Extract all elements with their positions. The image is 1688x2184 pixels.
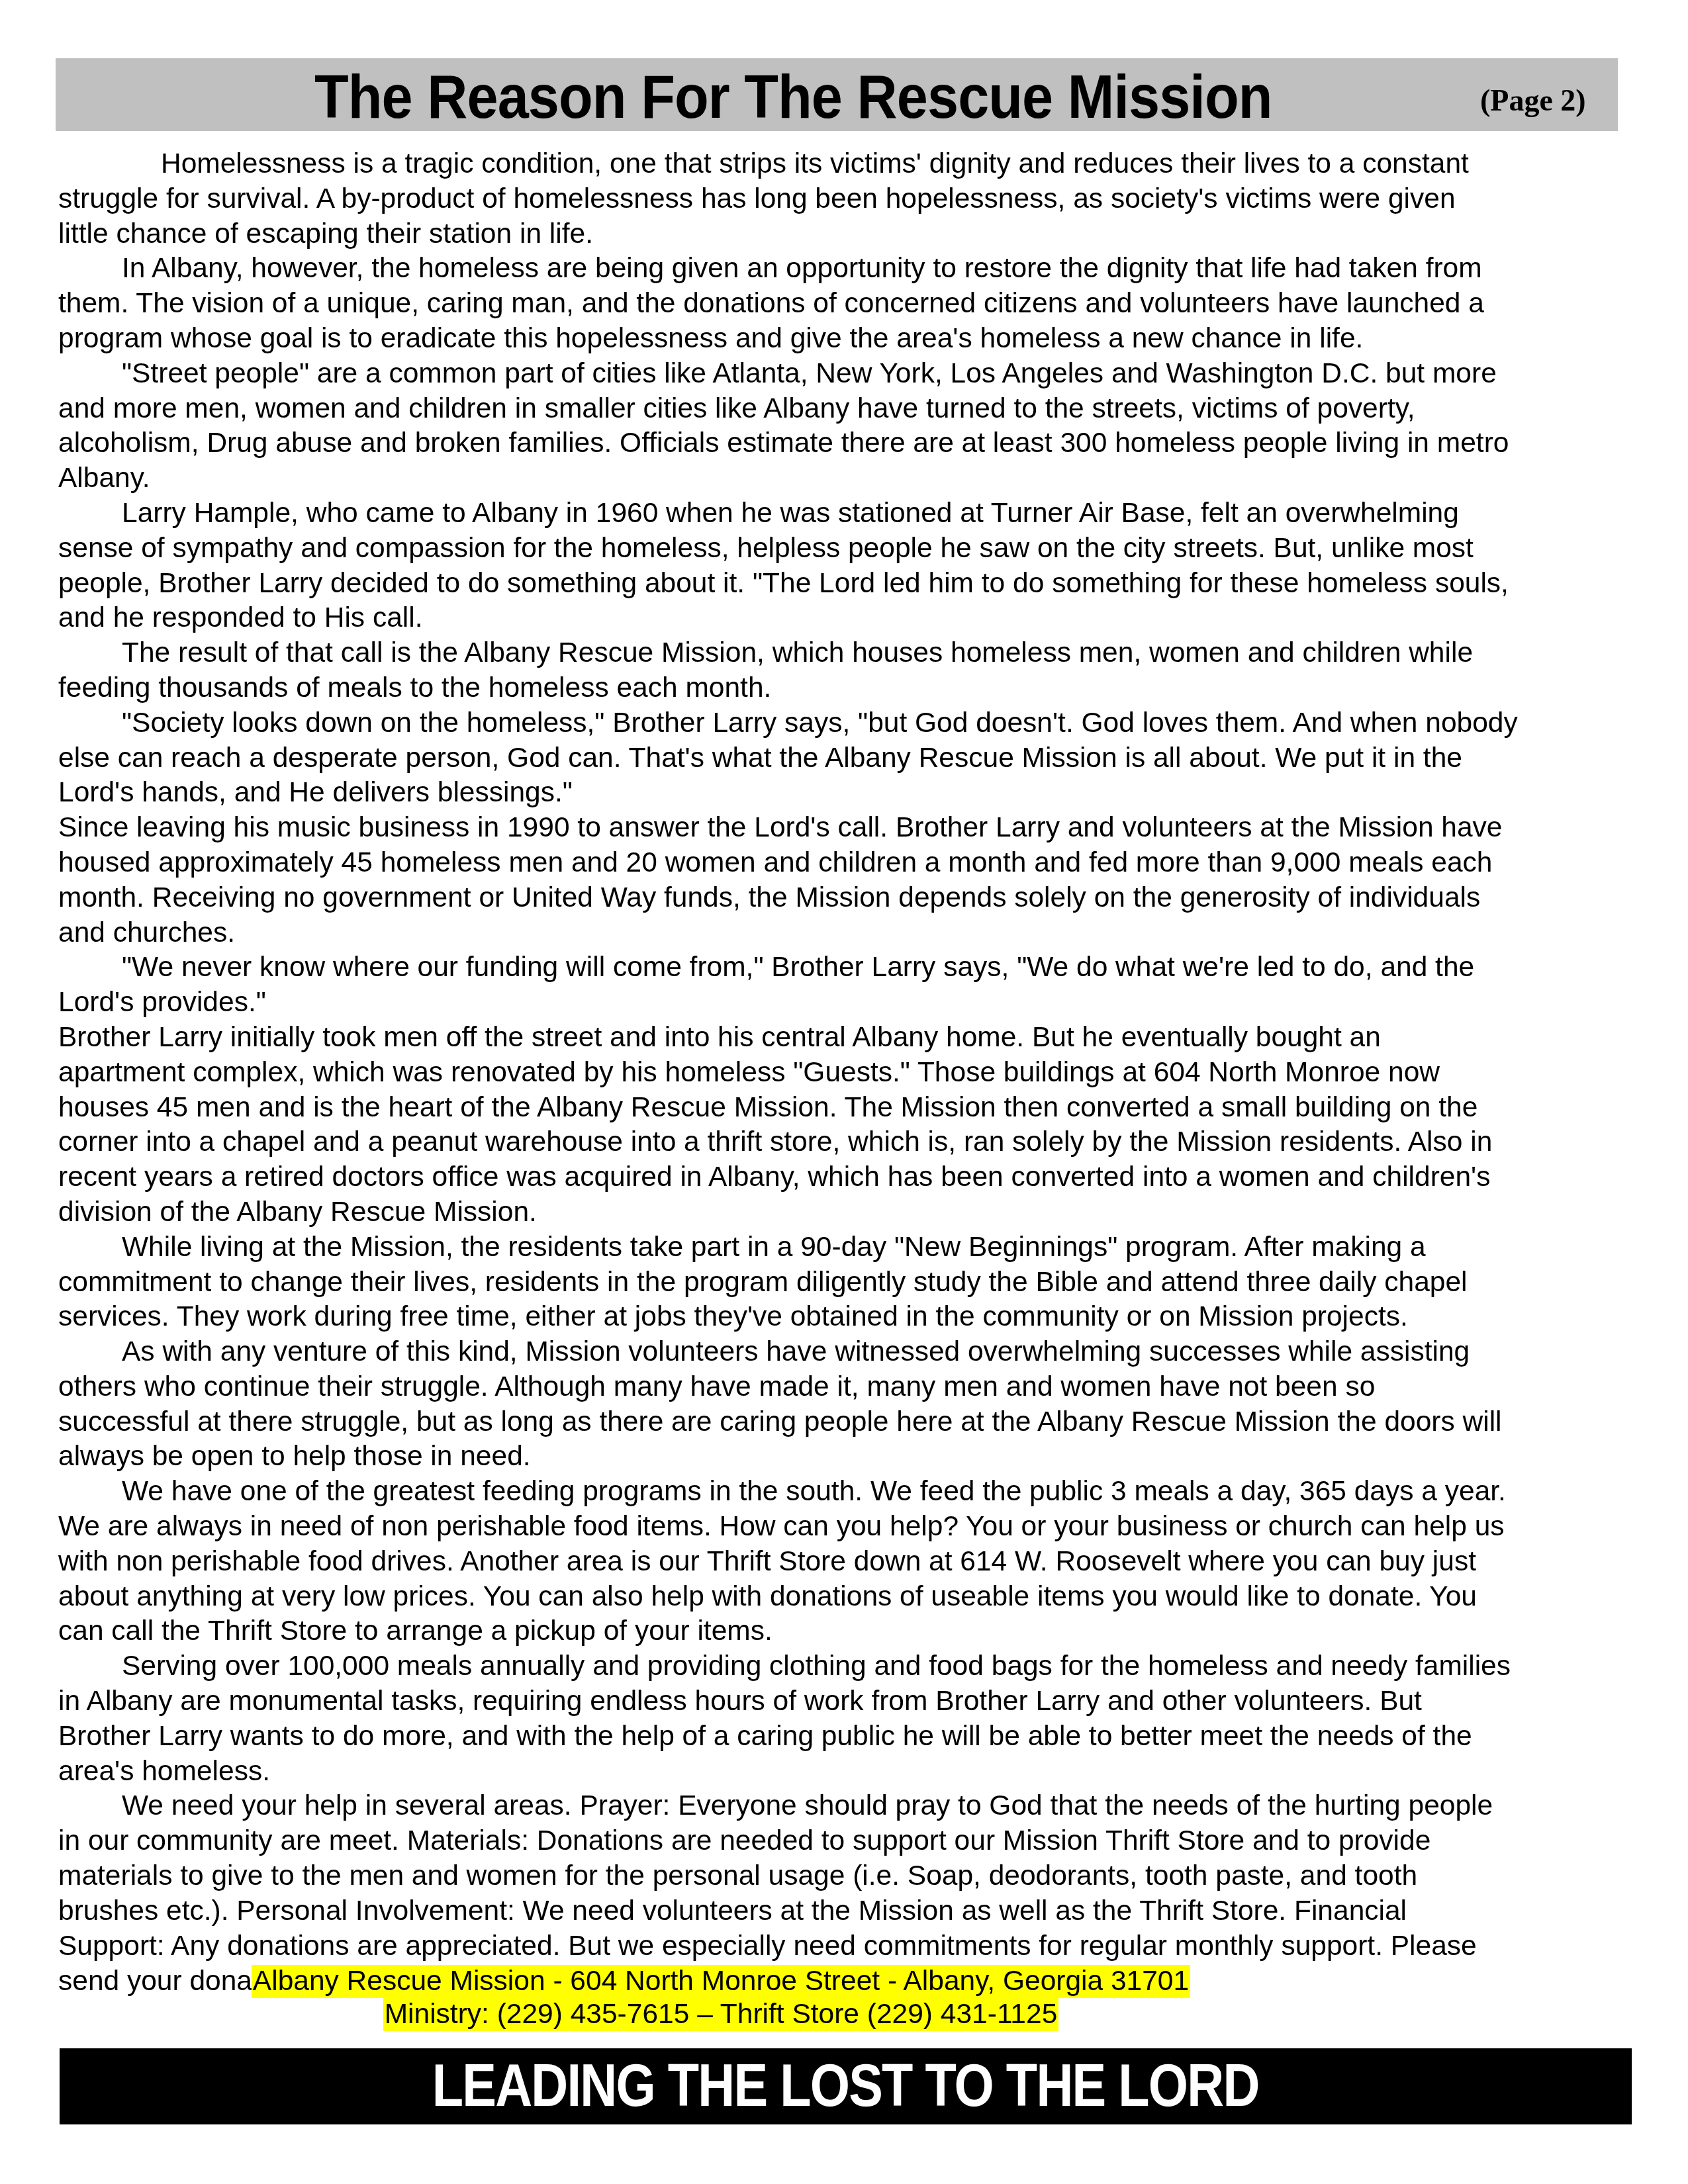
paragraph-line: sense of sympathy and compassion for the…: [58, 531, 1620, 567]
paragraph-line: and churches.: [58, 916, 1620, 951]
paragraph-line: We need your help in several areas. Pray…: [58, 1789, 1620, 1824]
paragraph-line: feeding thousands of meals to the homele…: [58, 671, 1620, 706]
paragraph-line: division of the Albany Rescue Mission.: [58, 1195, 1620, 1230]
paragraph-line: Support: Any donations are appreciated. …: [58, 1929, 1620, 1964]
paragraph-line: alcoholism, Drug abuse and broken famili…: [58, 426, 1620, 461]
paragraph-line: Serving over 100,000 meals annually and …: [58, 1649, 1620, 1684]
paragraph-line: Homelessness is a tragic condition, one …: [58, 147, 1620, 182]
paragraph-line: and more men, women and children in smal…: [58, 392, 1620, 427]
paragraph-line: else can reach a desperate person, God c…: [58, 741, 1620, 776]
paragraph-line: area's homeless.: [58, 1754, 1620, 1790]
page-number-label: (Page 2): [1480, 81, 1586, 120]
paragraph-line: commitment to change their lives, reside…: [58, 1265, 1620, 1300]
paragraph-line: Lord's provides.": [58, 985, 1620, 1021]
paragraph-line: struggle for survival. A by-product of h…: [58, 182, 1620, 217]
paragraph-line: While living at the Mission, the residen…: [58, 1230, 1620, 1265]
paragraph-line: others who continue their struggle. Alth…: [58, 1370, 1620, 1405]
paragraph-line: In Albany, however, the homeless are bei…: [58, 251, 1620, 287]
paragraph-line: always be open to help those in need.: [58, 1439, 1620, 1475]
paragraph-line: Since leaving his music business in 1990…: [58, 811, 1620, 846]
paragraph-line: We have one of the greatest feeding prog…: [58, 1475, 1620, 1510]
paragraph-line: We are always in need of non perishable …: [58, 1510, 1620, 1545]
paragraph-line: Albany.: [58, 461, 1620, 496]
paragraph-line: Brother Larry initially took men off the…: [58, 1021, 1620, 1056]
article-body: Homelessness is a tragic condition, one …: [58, 147, 1620, 1964]
paragraph-line: people, Brother Larry decided to do some…: [58, 567, 1620, 602]
paragraph-line: The result of that call is the Albany Re…: [58, 636, 1620, 671]
page-title: The Reason For The Rescue Mission: [314, 61, 1272, 134]
paragraph-line: with non perishable food drives. Another…: [58, 1545, 1620, 1580]
paragraph-line: Lord's hands, and He delivers blessings.…: [58, 776, 1620, 811]
paragraph-line: services. They work during free time, ei…: [58, 1300, 1620, 1335]
paragraph-line: apartment complex, which was renovated b…: [58, 1056, 1620, 1091]
paragraph-line: about anything at very low prices. You c…: [58, 1580, 1620, 1615]
paragraph-line: corner into a chapel and a peanut wareho…: [58, 1125, 1620, 1160]
paragraph-line: in our community are meet. Materials: Do…: [58, 1824, 1620, 1859]
paragraph-line: can call the Thrift Store to arrange a p…: [58, 1614, 1620, 1649]
paragraph-line: "We never know where our funding will co…: [58, 950, 1620, 985]
paragraph-line: Brother Larry wants to do more, and with…: [58, 1719, 1620, 1754]
paragraph-line: successful at there struggle, but as lon…: [58, 1405, 1620, 1440]
phone-line-container: Ministry: (229) 435-7615 – Thrift Store …: [244, 1998, 1197, 2031]
address-line-container: Albany Rescue Mission - 604 North Monroe…: [244, 1965, 1197, 1998]
paragraph-line: them. The vision of a unique, caring man…: [58, 287, 1620, 322]
paragraph-line: month. Receiving no government or United…: [58, 881, 1620, 916]
paragraph-line: recent years a retired doctors office wa…: [58, 1160, 1620, 1195]
paragraph-line: and he responded to His call.: [58, 601, 1620, 636]
footer-slogan: LEADING THE LOST TO THE LORD: [432, 2048, 1259, 2124]
paragraph-line: Larry Hample, who came to Albany in 1960…: [58, 496, 1620, 531]
paragraph-line: little chance of escaping their station …: [58, 217, 1620, 252]
paragraph-line: housed approximately 45 homeless men and…: [58, 846, 1620, 881]
paragraph-line: "Street people" are a common part of cit…: [58, 357, 1620, 392]
paragraph-line: program whose goal is to eradicate this …: [58, 322, 1620, 357]
footer-banner: LEADING THE LOST TO THE LORD: [60, 2048, 1632, 2124]
paragraph-line: "Society looks down on the homeless," Br…: [58, 706, 1620, 741]
paragraph-line: As with any venture of this kind, Missio…: [58, 1335, 1620, 1370]
paragraph-line: houses 45 men and is the heart of the Al…: [58, 1091, 1620, 1126]
paragraph-line: materials to give to the men and women f…: [58, 1859, 1620, 1894]
mission-phone-numbers: Ministry: (229) 435-7615 – Thrift Store …: [383, 1998, 1059, 2031]
paragraph-line: brushes etc.). Personal Involvement: We …: [58, 1894, 1620, 1929]
mission-address: Albany Rescue Mission - 604 North Monroe…: [252, 1965, 1190, 1998]
paragraph-line: in Albany are monumental tasks, requirin…: [58, 1684, 1620, 1719]
